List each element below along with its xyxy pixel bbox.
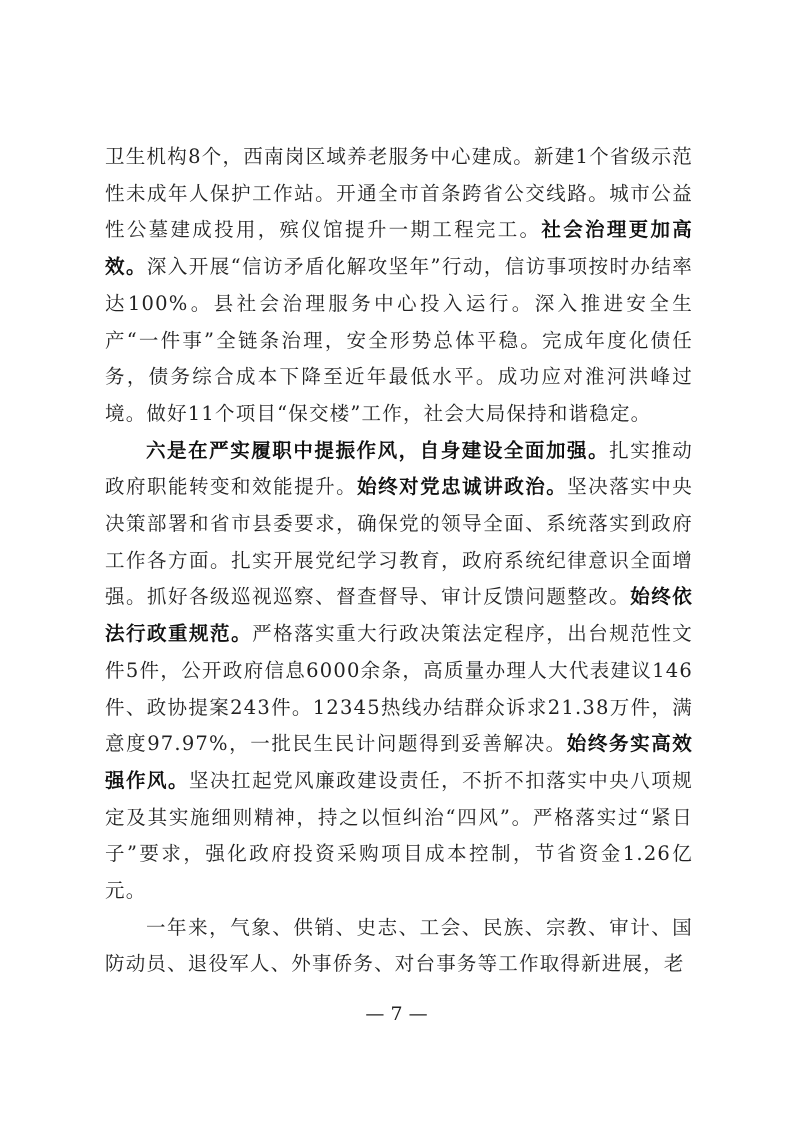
text-run: 深入开展“信访矛盾化解攻坚年”行动，信访事项按时办结率达100%。县社会治理服务… <box>105 255 693 425</box>
body-text: 卫生机构8个，西南岗区域养老服务中心建成。新建1个省级示范性未成年人保护工作站。… <box>105 139 693 983</box>
text-run: 坚决扛起党风廉政建设责任，不折不扣落实中央八项规定及其实施细则精神，持之以恒纠治… <box>105 769 693 902</box>
page-number: — 7 — <box>0 1003 793 1025</box>
bold-subheading: 始终对党忠诚讲政治。 <box>357 475 567 498</box>
text-run: 一年来，气象、供销、史志、工会、民族、宗教、审计、国防动员、退役军人、外事侨务、… <box>105 916 693 976</box>
paragraph-section-six: 六是在严实履职中提振作风，自身建设全面加强。扎实推动政府职能转变和效能提升。始终… <box>105 433 693 910</box>
paragraph-social-governance: 卫生机构8个，西南岗区域养老服务中心建成。新建1个省级示范性未成年人保护工作站。… <box>105 139 693 433</box>
section-heading: 六是在严实履职中提振作风，自身建设全面加强。 <box>146 439 609 462</box>
paragraph-other-work: 一年来，气象、供销、史志、工会、民族、宗教、审计、国防动员、退役军人、外事侨务、… <box>105 910 693 983</box>
document-page: 卫生机构8个，西南岗区域养老服务中心建成。新建1个省级示范性未成年人保护工作站。… <box>0 0 793 1122</box>
